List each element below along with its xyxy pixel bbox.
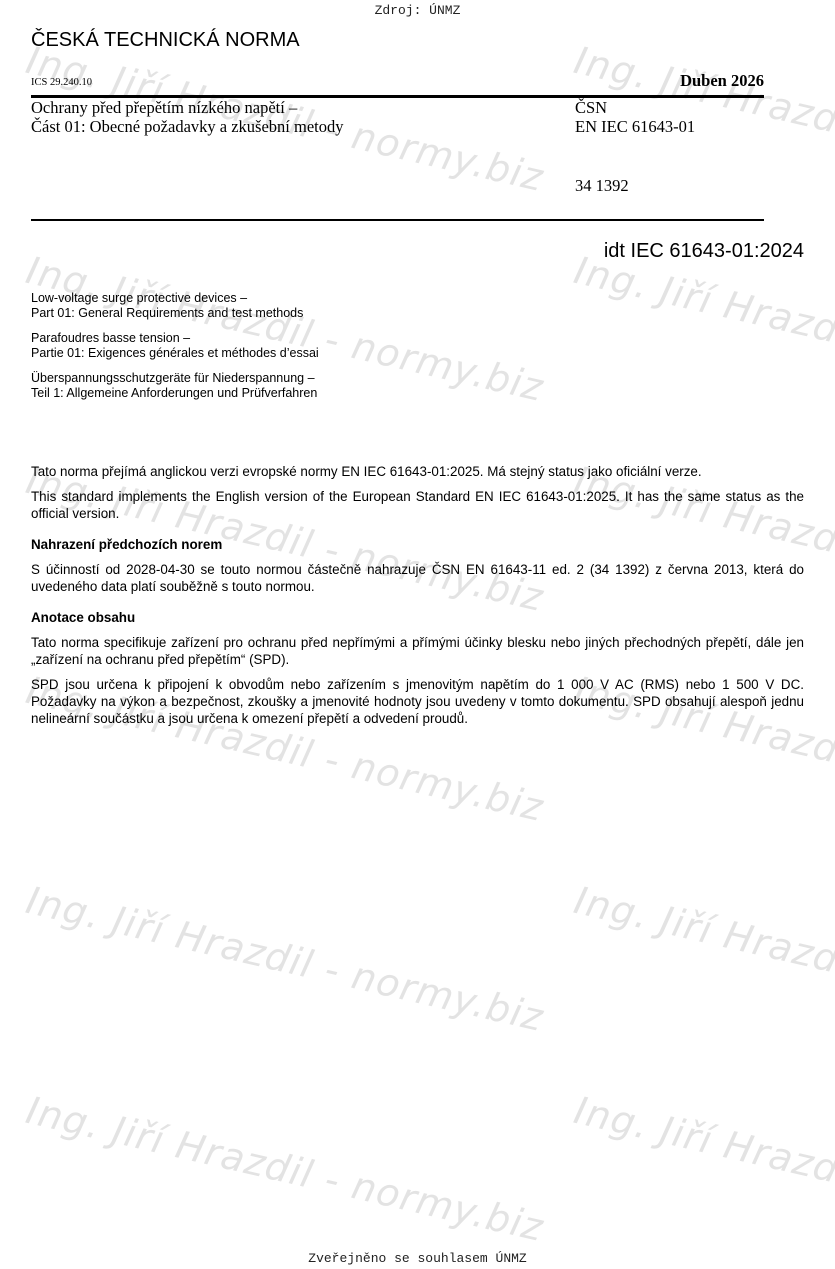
title-german-line-2: Teil 1: Allgemeine Anforderungen und Prü… bbox=[31, 386, 319, 401]
publication-date: Duben 2026 bbox=[540, 71, 764, 91]
ics-code: ICS 29.240.10 bbox=[31, 77, 92, 88]
watermark-text: Ing. Jiří Hrazdil - normy.biz bbox=[570, 878, 835, 1040]
annotation-heading: Anotace obsahu bbox=[31, 609, 804, 626]
adoption-note-czech: Tato norma přejímá anglickou verzi evrop… bbox=[31, 463, 804, 480]
standard-id-block: ČSN EN IEC 61643-01 bbox=[575, 98, 695, 136]
czech-title-line-2: Část 01: Obecné požadavky a zkušební met… bbox=[31, 117, 344, 136]
czech-title: Ochrany před přepětím nízkého napětí – Č… bbox=[31, 98, 344, 136]
replacement-heading: Nahrazení předchozích norem bbox=[31, 536, 804, 553]
title-english-line-1: Low-voltage surge protective devices – bbox=[31, 291, 319, 306]
czech-title-line-1: Ochrany před přepětím nízkého napětí – bbox=[31, 98, 344, 117]
watermark-text: Ing. Jiří Hrazdil - normy.biz bbox=[22, 1088, 548, 1250]
translated-titles: Low-voltage surge protective devices – P… bbox=[31, 291, 319, 411]
annotation-paragraph-2: SPD jsou určena k připojení k obvodům ne… bbox=[31, 676, 804, 727]
watermark-text: Ing. Jiří Hrazdil - normy.biz bbox=[570, 1088, 835, 1250]
title-german-line-1: Überspannungsschutzgeräte für Niederspan… bbox=[31, 371, 319, 386]
annotation-paragraph-1: Tato norma specifikuje zařízení pro ochr… bbox=[31, 634, 804, 668]
csn-label: ČSN bbox=[575, 98, 695, 117]
title-rule bbox=[31, 219, 764, 221]
adoption-note-english: This standard implements the English ver… bbox=[31, 488, 804, 522]
title-french-line-1: Parafoudres basse tension – bbox=[31, 331, 319, 346]
footer-label: Zveřejněno se souhlasem ÚNMZ bbox=[0, 1251, 835, 1266]
standard-number: EN IEC 61643-01 bbox=[575, 117, 695, 136]
watermark-text: Ing. Jiří Hrazdil - normy.biz bbox=[570, 248, 835, 410]
title-french-line-2: Partie 01: Exigences générales et méthod… bbox=[31, 346, 319, 361]
title-french: Parafoudres basse tension – Partie 01: E… bbox=[31, 331, 319, 361]
title-english-line-2: Part 01: General Requirements and test m… bbox=[31, 306, 319, 321]
document-body: Tato norma přejímá anglickou verzi evrop… bbox=[31, 463, 804, 735]
document-type: ČESKÁ TECHNICKÁ NORMA bbox=[31, 29, 300, 52]
title-german: Überspannungsschutzgeräte für Niederspan… bbox=[31, 371, 319, 401]
classification-number: 34 1392 bbox=[575, 176, 629, 196]
watermark-text: Ing. Jiří Hrazdil - normy.biz bbox=[22, 878, 548, 1040]
source-label: Zdroj: ÚNMZ bbox=[0, 3, 835, 18]
identical-standard: idt IEC 61643-01:2024 bbox=[560, 240, 804, 263]
title-english: Low-voltage surge protective devices – P… bbox=[31, 291, 319, 321]
replacement-text: S účinností od 2028-04-30 se touto normo… bbox=[31, 561, 804, 595]
